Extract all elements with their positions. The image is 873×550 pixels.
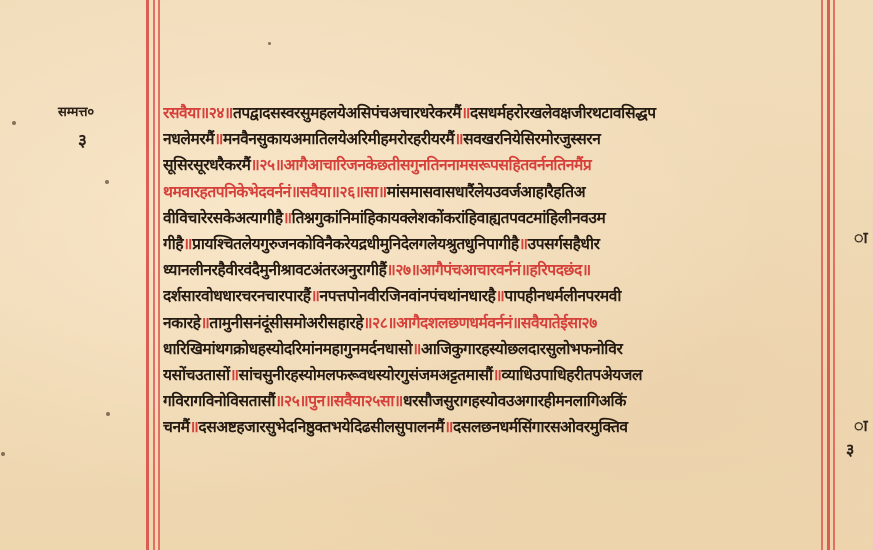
text-segment: सांचसुनीरहस्योमलफरूवधस्योरगुसंजमअट्टतमास… <box>239 366 493 384</box>
text-segment: प्रायश्चितलेयगुरुजनकोविनैकरेयद्रधीमुनिदे… <box>192 235 519 253</box>
rubric-segment: ॥ <box>461 104 470 122</box>
text-line-3: सूसिरसूरधरैकरमैं॥२५॥आगैआचारिजनकेछतीसगुनत… <box>163 152 818 178</box>
rubric-segment: ॥ <box>311 287 320 305</box>
text-segment: सूसिरसूरधरैकरमैं <box>163 156 251 174</box>
rubric-segment: ॥ <box>444 418 453 436</box>
text-line-2: नधलेमरमैं॥मनवैनसुकायअमातिलयेअरिमीहमरोरहर… <box>163 126 818 152</box>
margin-mark-right-1: ा <box>854 226 868 248</box>
manuscript-page: सम्मत्त० ३ ा ा ३ रसवैया॥२४॥तपद्वादसस्वरस… <box>0 0 873 550</box>
text-segment: तपद्वादसस्वरसुमहलयेअसिपंचअचारधरेकरमैं <box>233 104 461 122</box>
text-segment: धारिखिमांथगक्रोधहस्योदरिमांनमहागुनमर्दनध… <box>163 340 412 358</box>
ink-speck <box>1 452 5 456</box>
rubric-segment: ॥२७॥आगैपंचआचारवर्ननं॥हरिपदछंद॥ <box>386 261 590 279</box>
rubric-segment: ॥ <box>283 209 292 227</box>
left-border-rule-inner <box>153 0 155 550</box>
rubric-segment: ॥ <box>230 366 239 384</box>
text-segment: यसोंचउतासों <box>163 366 230 384</box>
text-line-9: नकारहे॥तामुनीसनंदूंसीसमोअरीसहारहे॥२८॥आगै… <box>163 310 818 336</box>
text-segment: सवखरनियेसिरमोरजुस्सरन <box>463 130 600 148</box>
ink-speck <box>12 121 16 125</box>
rubric-segment: ॥२५॥पुन॥सवैया२५सा॥ <box>275 392 403 410</box>
left-border-rule-outer <box>146 0 149 550</box>
ink-speck <box>105 180 109 184</box>
text-segment: नकारहे <box>163 314 201 332</box>
text-segment: गीहै <box>163 235 183 253</box>
rubric-segment: ॥ <box>519 235 528 253</box>
text-segment: तिश्नगुकांनिमांहिकायक्लेशकोंकरांहिवाह्यत… <box>292 209 606 227</box>
text-segment: नधलेमरमैं <box>163 130 214 148</box>
text-segment: दसधर्महरोरखलेवक्षजीरथटावसिद्धप <box>470 104 656 122</box>
left-border-rule-third <box>158 0 160 550</box>
text-segment: मांसमासवासधारैंलेयउवर्जआहारैहतिअ <box>387 183 585 201</box>
rubric-segment: रसवैया॥२४॥ <box>163 104 233 122</box>
text-segment: पापहीनधर्मलीनपरमवी <box>504 287 621 305</box>
text-line-13: चनमैं॥दसअष्टहजारसुभेदनिष्ठुक्तभयेदिढसीलस… <box>163 414 818 440</box>
text-segment: ध्यानलीनरहैवीरवंदैमुनीश्रावटअंतरअनुरागीह… <box>163 261 386 279</box>
manuscript-text-block: रसवैया॥२४॥तपद्वादसस्वरसुमहलयेअसिपंचअचारध… <box>163 100 818 440</box>
text-line-12: गविरागविनोविसतासौं॥२५॥पुन॥सवैया२५सा॥धरसौ… <box>163 388 818 414</box>
text-line-8: दर्शसारवोधधारचरनचारपारहैं॥नपत्तपोनवीरजिन… <box>163 283 818 309</box>
margin-folio-label: सम्मत्त० <box>58 102 94 120</box>
rubric-segment: ॥ <box>183 235 192 253</box>
text-line-10: धारिखिमांथगक्रोधहस्योदरिमांनमहागुनमर्दनध… <box>163 336 818 362</box>
text-segment: दर्शसारवोधधारचरनचारपारहैं <box>163 287 311 305</box>
text-segment: दसअष्टहजारसुभेदनिष्ठुक्तभयेदिढसीलसुपालनम… <box>198 418 444 436</box>
right-border-rule-middle <box>827 0 830 550</box>
text-segment: चनमैं <box>163 418 190 436</box>
text-segment: मनवैनसुकायअमातिलयेअरिमीहमरोरहरीयरमैं <box>223 130 454 148</box>
text-segment: वीविचारेरसकेअत्यागीहै <box>163 209 283 227</box>
text-segment: नपत्तपोनवीरजिनवांनपंचथांनधारहै <box>320 287 496 305</box>
margin-folio-number: ३ <box>78 128 87 151</box>
rubric-segment: ॥ <box>214 130 223 148</box>
ink-speck <box>268 42 271 45</box>
rubric-segment: ॥ <box>412 340 421 358</box>
text-line-4: थमवारहतपनिकेभेदवर्ननं॥सवैया॥२६॥सा॥मांसमा… <box>163 179 818 205</box>
text-segment: तामुनीसनंदूंसीसमोअरीसहारहे <box>209 314 363 332</box>
text-segment: उपसर्गसहैधीर <box>528 235 600 253</box>
text-line-6: गीहै॥प्रायश्चितलेयगुरुजनकोविनैकरेयद्रधीम… <box>163 231 818 257</box>
text-segment: गविरागविनोविसतासौं <box>163 392 275 410</box>
text-segment: धरसौजसुरागहस्योवउअगारहीमनलागिअकिं <box>403 392 626 410</box>
rubric-segment: ॥ <box>493 366 502 384</box>
text-segment: व्याधिउपाधिहरीतपअेयजल <box>502 366 643 384</box>
right-border-rule-inner <box>821 0 823 550</box>
margin-mark-right-2: ा <box>854 414 868 436</box>
ink-speck <box>106 412 110 416</box>
rubric-segment: थमवारहतपनिकेभेदवर्ननं॥सवैया॥२६॥सा॥ <box>163 183 387 201</box>
text-line-7: ध्यानलीनरहैवीरवंदैमुनीश्रावटअंतरअनुरागीह… <box>163 257 818 283</box>
text-line-1: रसवैया॥२४॥तपद्वादसस्वरसुमहलयेअसिपंचअचारध… <box>163 100 818 126</box>
text-line-11: यसोंचउतासों॥सांचसुनीरहस्योमलफरूवधस्योरगु… <box>163 362 818 388</box>
rubric-segment: ॥२५॥आगैआचारिजनकेछतीसगुनतिननामसरूपसहितवर्… <box>251 156 592 174</box>
text-line-5: वीविचारेरसकेअत्यागीहै॥तिश्नगुकांनिमांहिक… <box>163 205 818 231</box>
text-segment: आजिकुगारहस्योछलदारसुलोभफनोविर <box>421 340 622 358</box>
text-segment: दसलछनधर्मसिंगारसओवरमुक्तिव <box>453 418 628 436</box>
rubric-segment: ॥ <box>454 130 463 148</box>
right-border-rule-outer <box>833 0 835 550</box>
rubric-segment: ॥२८॥आगैदशलछणधर्मवर्ननं॥सवैयातेईसा२७ <box>363 314 597 332</box>
margin-mark-right-3: ३ <box>846 438 854 460</box>
